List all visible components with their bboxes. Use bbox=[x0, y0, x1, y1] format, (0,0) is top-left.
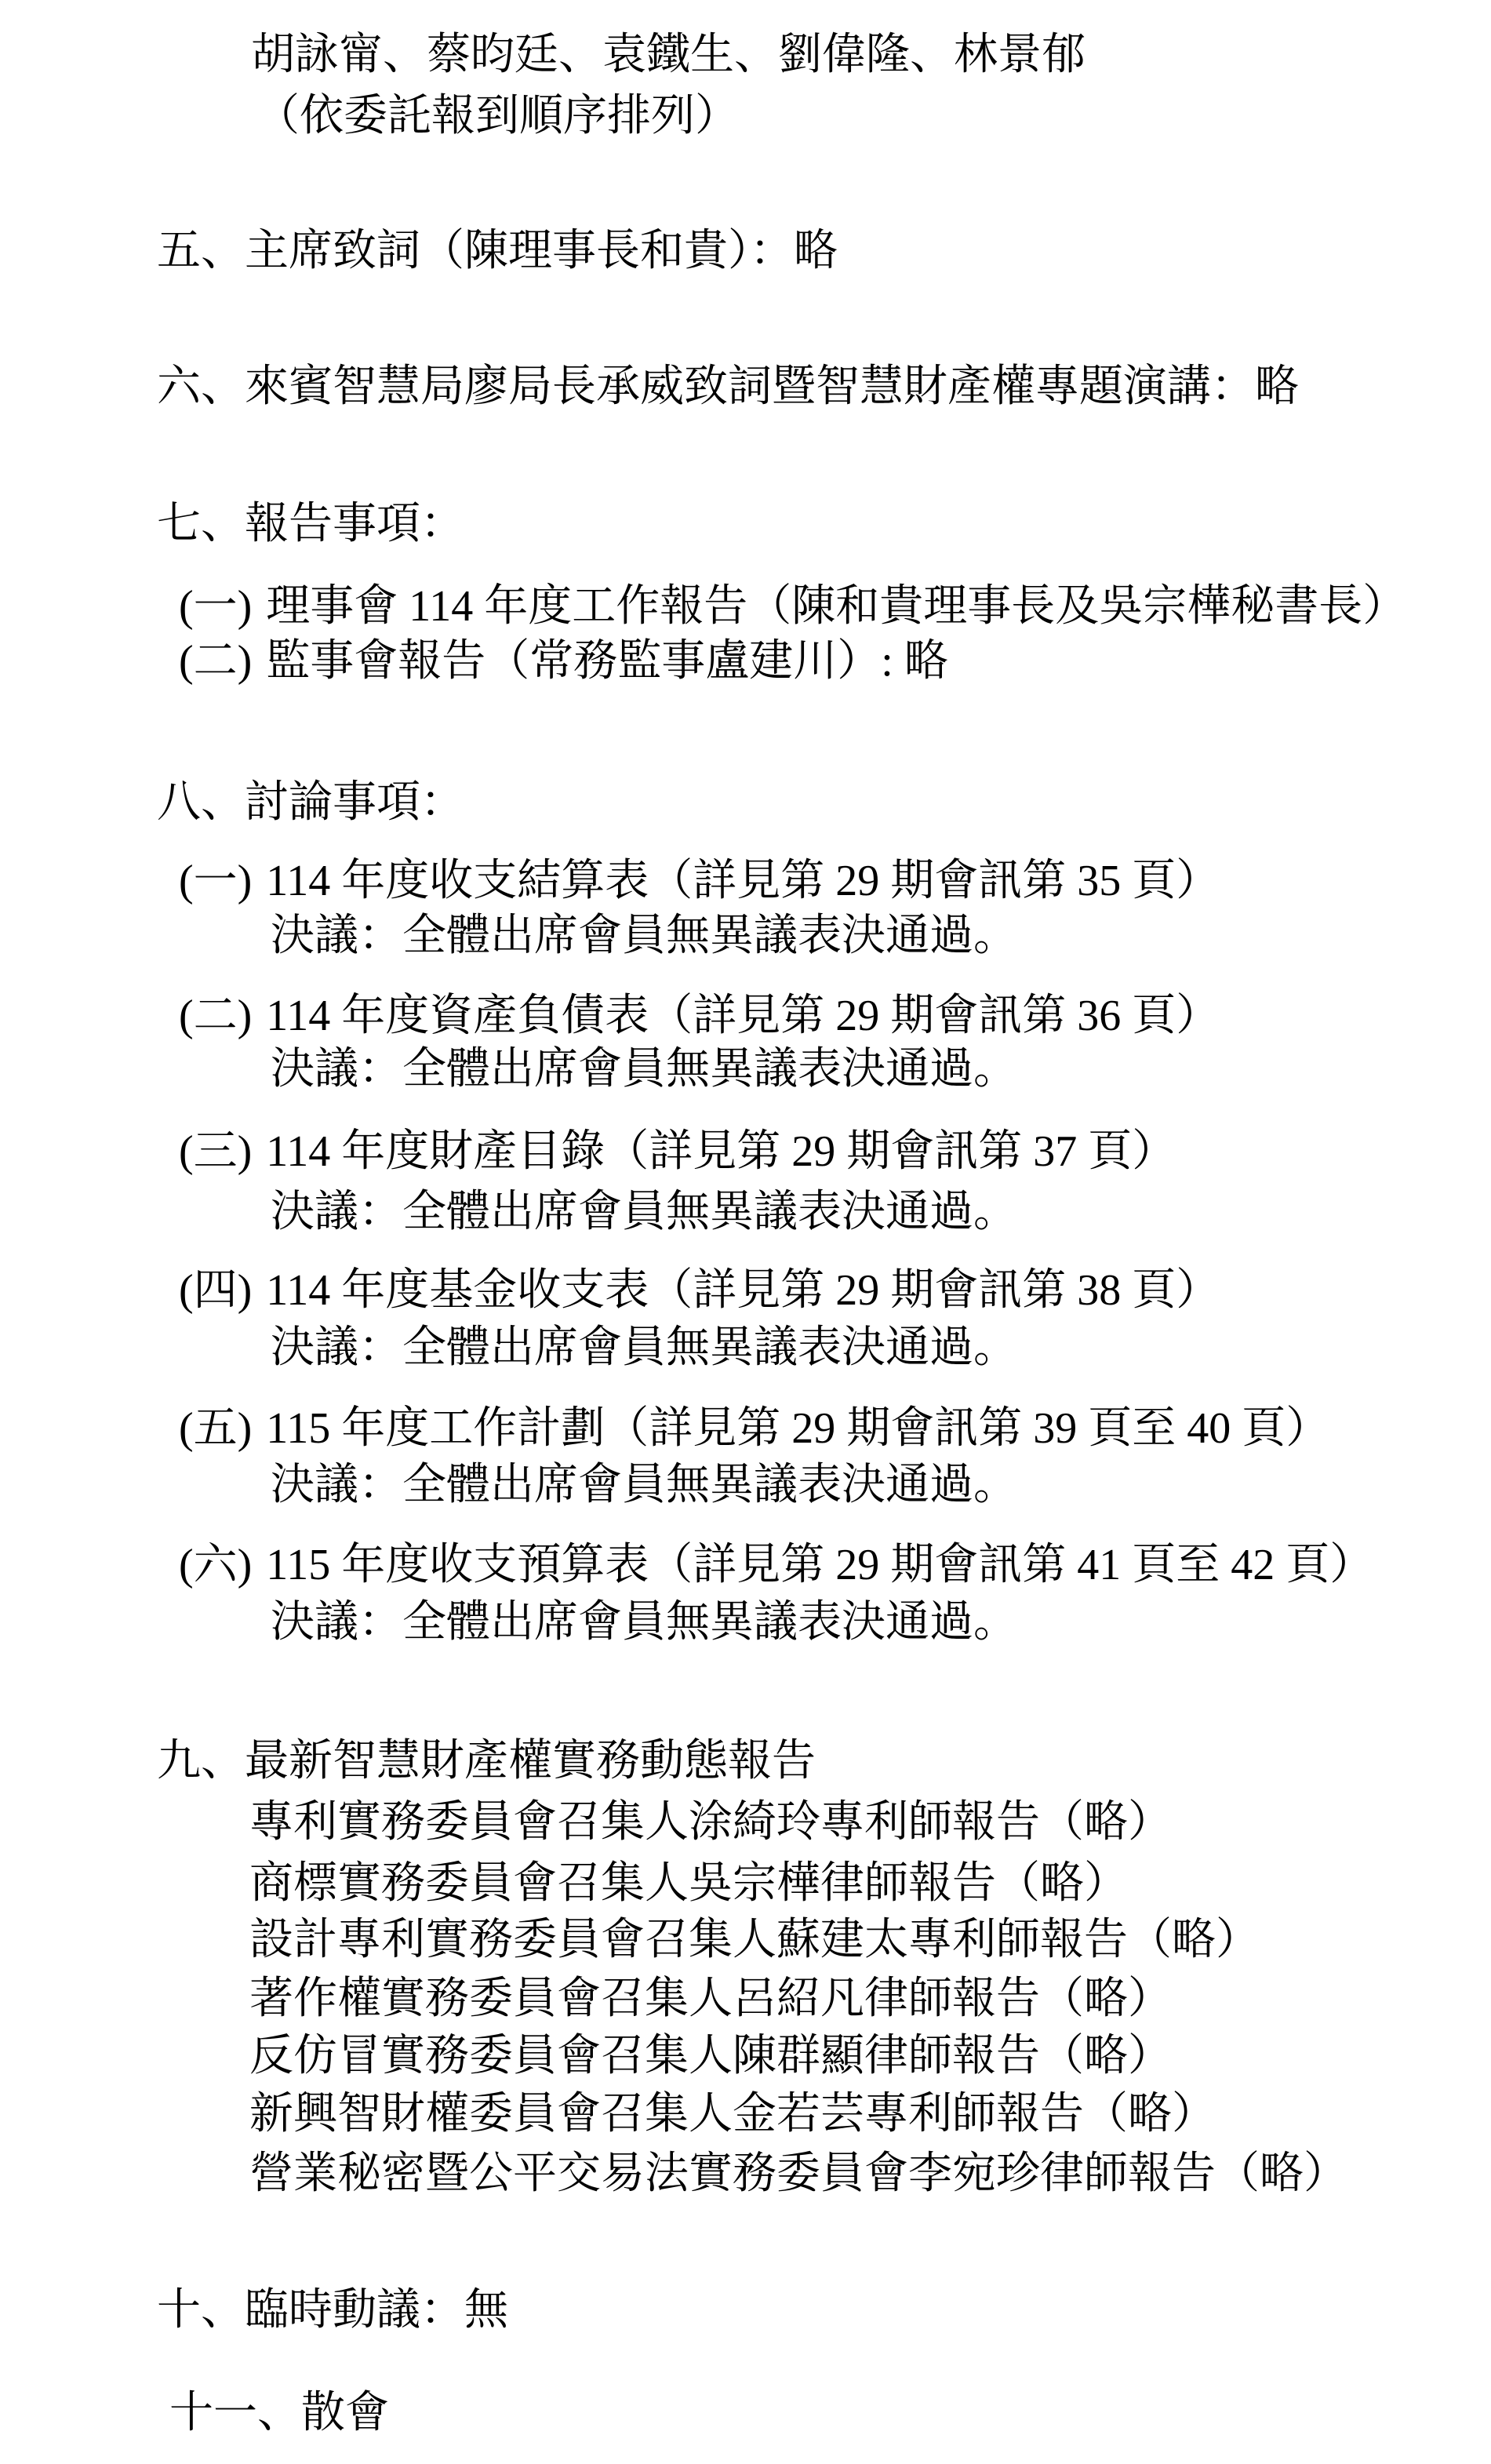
section-9-report-3: 設計專利實務委員會召集人蘇建太專利師報告（略） bbox=[249, 1915, 1260, 1965]
section-8-item-5: (五)115 年度工作計劃（詳見第 29 期會訊第 39 頁至 40 頁） bbox=[179, 1403, 1329, 1454]
section-6-heading: 六、來賓智慧局廖局長承威致詞暨智慧財產權專題演講：略 bbox=[157, 362, 1299, 412]
item-text: 監事會報告（常務監事盧建川）: 略 bbox=[266, 636, 948, 686]
section-5-heading: 五、主席致詞（陳理事長和貴）：略 bbox=[157, 226, 838, 276]
section-10-heading: 十、臨時動議：無 bbox=[157, 2285, 508, 2335]
item-text: 115 年度工作計劃（詳見第 29 期會訊第 39 頁至 40 頁） bbox=[266, 1403, 1329, 1454]
item-text: 114 年度基金收支表（詳見第 29 期會訊第 38 頁） bbox=[266, 1265, 1220, 1316]
item-number-label: (一) bbox=[179, 856, 252, 906]
section-8-heading: 八、討論事項： bbox=[157, 777, 464, 828]
section-8-item-3: (三)114 年度財產目錄（詳見第 29 期會訊第 37 頁） bbox=[179, 1126, 1176, 1177]
section-9-report-4: 著作權實務委員會召集人呂紹凡律師報告（略） bbox=[249, 1974, 1172, 2024]
item-number-label: (六) bbox=[179, 1540, 252, 1590]
item-text: 114 年度資產負債表（詳見第 29 期會訊第 36 頁） bbox=[266, 991, 1220, 1041]
item-text: 114 年度收支結算表（詳見第 29 期會訊第 35 頁） bbox=[266, 856, 1220, 906]
section-8-item-3-resolution: 決議：全體出席會員無異議表決通過。 bbox=[271, 1187, 1017, 1237]
section-8-item-4: (四)114 年度基金收支表（詳見第 29 期會訊第 38 頁） bbox=[179, 1265, 1220, 1316]
section-7-item-2: (二)監事會報告（常務監事盧建川）: 略 bbox=[179, 636, 948, 686]
section-8-item-1: (一)114 年度收支結算表（詳見第 29 期會訊第 35 頁） bbox=[179, 856, 1220, 906]
section-9-report-2: 商標實務委員會召集人吳宗樺律師報告（略） bbox=[249, 1858, 1128, 1909]
section-7-heading: 七、報告事項： bbox=[157, 499, 464, 549]
section-9-report-1: 專利實務委員會召集人涂綺玲專利師報告（略） bbox=[249, 1797, 1172, 1847]
item-number-label: (二) bbox=[179, 636, 252, 686]
item-number-label: (五) bbox=[179, 1403, 252, 1454]
section-8-item-2: (二)114 年度資產負債表（詳見第 29 期會訊第 36 頁） bbox=[179, 991, 1220, 1041]
section-9-report-6: 新興智財權委員會召集人金若芸專利師報告（略） bbox=[249, 2089, 1216, 2139]
proxy-attendee-note: （依委託報到順序排列） bbox=[256, 91, 739, 141]
section-8-item-5-resolution: 決議：全體出席會員無異議表決通過。 bbox=[271, 1460, 1017, 1510]
item-text: 理事會 114 年度工作報告（陳和貴理事長及吳宗樺秘書長） bbox=[266, 581, 1406, 631]
section-11-heading: 十一、散會 bbox=[169, 2388, 389, 2438]
section-8-item-6-resolution: 決議：全體出席會員無異議表決通過。 bbox=[271, 1597, 1017, 1647]
item-number-label: (一) bbox=[179, 581, 252, 631]
proxy-attendee-names: 胡詠甯、蔡昀廷、袁鐵生、劉偉隆、林景郁 bbox=[251, 30, 1086, 80]
section-9-heading: 九、最新智慧財產權實務動態報告 bbox=[157, 1736, 816, 1786]
section-9-report-7: 營業秘密暨公平交易法實務委員會李宛珍律師報告（略） bbox=[249, 2149, 1347, 2199]
section-7-item-1: (一)理事會 114 年度工作報告（陳和貴理事長及吳宗樺秘書長） bbox=[179, 581, 1406, 631]
section-8-item-6: (六)115 年度收支預算表（詳見第 29 期會訊第 41 頁至 42 頁） bbox=[179, 1540, 1373, 1590]
section-8-item-2-resolution: 決議：全體出席會員無異議表決通過。 bbox=[271, 1044, 1017, 1094]
section-8-item-1-resolution: 決議：全體出席會員無異議表決通過。 bbox=[271, 911, 1017, 961]
section-8-item-4-resolution: 決議：全體出席會員無異議表決通過。 bbox=[271, 1323, 1017, 1373]
document-page: 胡詠甯、蔡昀廷、袁鐵生、劉偉隆、林景郁 （依委託報到順序排列） 五、主席致詞（陳… bbox=[0, 0, 1491, 2464]
section-9-report-5: 反仿冒實務委員會召集人陳群顯律師報告（略） bbox=[249, 2031, 1172, 2081]
item-number-label: (三) bbox=[179, 1126, 252, 1177]
item-text: 114 年度財產目錄（詳見第 29 期會訊第 37 頁） bbox=[266, 1126, 1176, 1177]
item-number-label: (二) bbox=[179, 991, 252, 1041]
item-text: 115 年度收支預算表（詳見第 29 期會訊第 41 頁至 42 頁） bbox=[266, 1540, 1373, 1590]
item-number-label: (四) bbox=[179, 1265, 252, 1316]
